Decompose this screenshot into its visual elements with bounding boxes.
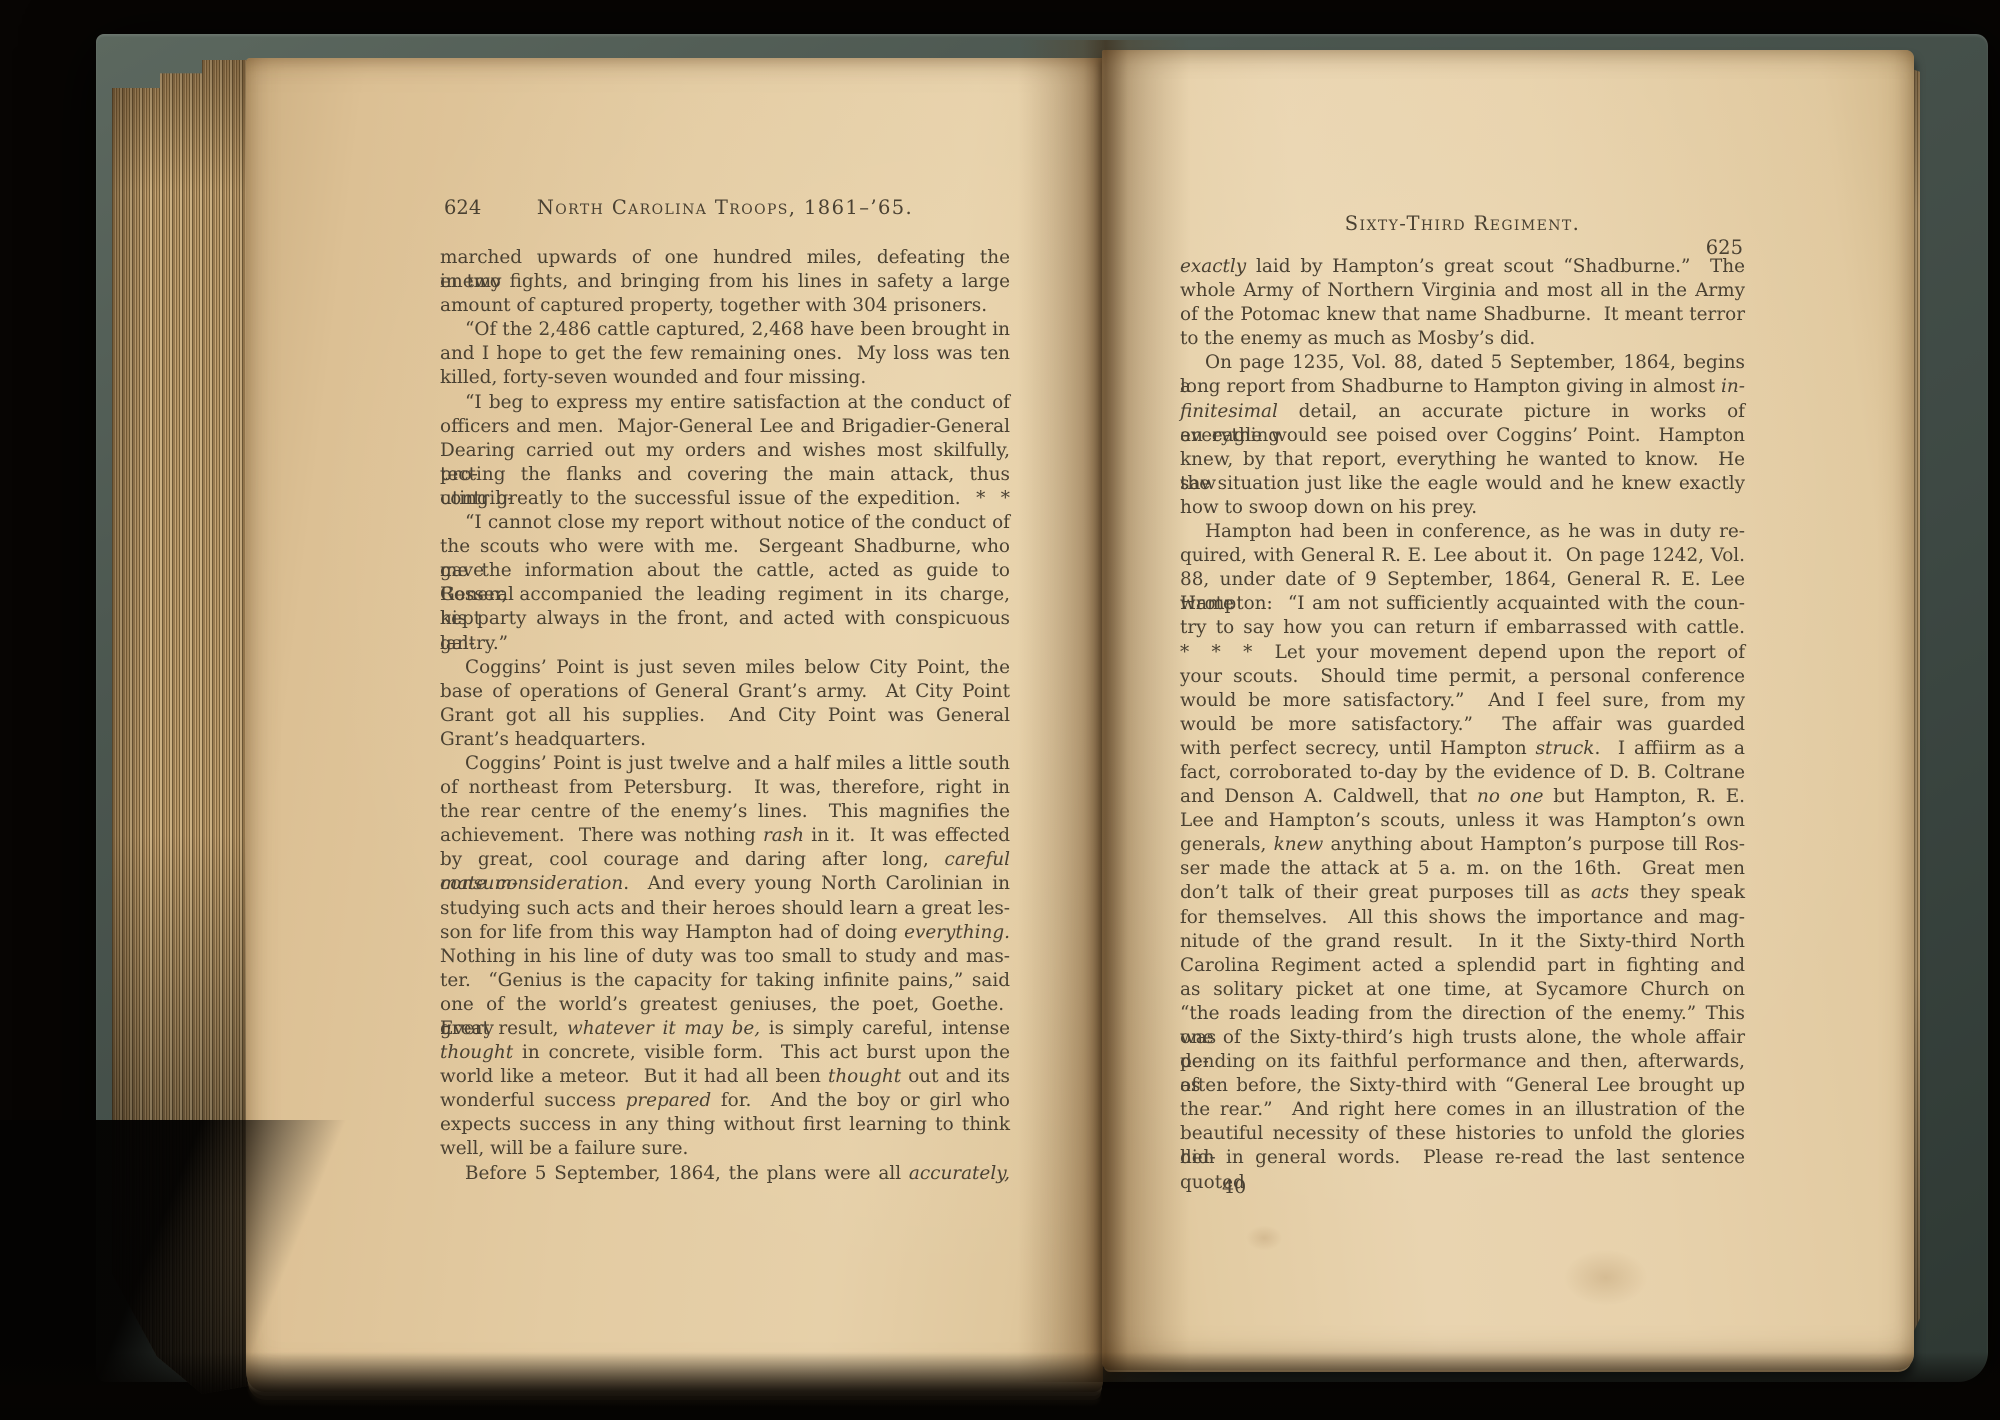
text-line: Hampton had been in conference, as he wa…	[1180, 520, 1745, 544]
text-line: of northeast from Petersburg. It was, th…	[440, 776, 1010, 800]
text-line: and Denson A. Caldwell, that no one but …	[1180, 785, 1745, 809]
text-line: one of the Sixty-third’s high trusts alo…	[1180, 1026, 1745, 1050]
text-line: Carolina Regiment acted a splendid part …	[1180, 954, 1745, 978]
text-line: “I beg to express my entire satisfaction…	[440, 391, 1010, 415]
text-line: beautiful necessity of these histories t…	[1180, 1122, 1745, 1146]
text-line: Dearing carried out my orders and wishes…	[440, 439, 1010, 463]
text-line: as solitary picket at one time, at Sycam…	[1180, 978, 1745, 1002]
text-line: amount of captured property, together wi…	[440, 294, 1010, 318]
text-line: den in general words. Please re-read the…	[1180, 1146, 1745, 1170]
text-line: pending on its faithful performance and …	[1180, 1050, 1745, 1074]
text-line: would be more satisfactory.” The affair …	[1180, 713, 1745, 737]
left-page-number: 624	[444, 196, 481, 220]
text-line: fact, corroborated to-day by the evidenc…	[1180, 761, 1745, 785]
text-line: Coggins’ Point is just seven miles below…	[440, 656, 1010, 680]
left-running-title: North Carolina Troops, 1861–’65.	[440, 196, 1010, 220]
text-line: exactly laid by Hampton’s great scout “S…	[1180, 255, 1745, 279]
text-line: his party always in the front, and acted…	[440, 607, 1010, 631]
left-running-header: 624 North Carolina Troops, 1861–’65.	[440, 196, 1010, 220]
text-line: the rear centre of the enemy’s lines. Th…	[440, 800, 1010, 824]
text-line: killed, forty-seven wounded and four mis…	[440, 366, 1010, 390]
text-line: often before, the Sixty-third with “Gene…	[1180, 1074, 1745, 1098]
text-line: whole Army of Northern Virginia and most…	[1180, 279, 1745, 303]
text-line: don’t talk of their great purposes till …	[1180, 881, 1745, 905]
right-running-header: Sixty-Third Regiment. 625	[1180, 212, 1745, 236]
right-running-title: Sixty-Third Regiment.	[1180, 212, 1745, 236]
text-line: Lee and Hampton’s scouts, unless it was …	[1180, 809, 1745, 833]
text-line: the scouts who were with me. Sergeant Sh…	[440, 535, 1010, 559]
text-line: an eagle would see poised over Coggins’ …	[1180, 424, 1745, 448]
text-line: finitesimal detail, an accurate picture …	[1180, 400, 1745, 424]
text-line: studying such acts and their heroes shou…	[440, 897, 1010, 921]
text-line: achievement. There was nothing rash in i…	[440, 824, 1010, 848]
text-line: nitude of the grand result. In it the Si…	[1180, 930, 1745, 954]
text-line: expects success in any thing without fir…	[440, 1113, 1010, 1137]
left-page-text: 624 North Carolina Troops, 1861–’65. mar…	[440, 196, 1010, 1186]
text-line: Rosser, accompanied the leading regiment…	[440, 583, 1010, 607]
text-line: your scouts. Should time permit, a perso…	[1180, 665, 1745, 689]
text-line: Grant’s headquarters.	[440, 728, 1010, 752]
text-line: base of operations of General Grant’s ar…	[440, 680, 1010, 704]
right-page-number: 625	[1706, 236, 1743, 260]
text-line: to the enemy as much as Mosby’s did.	[1180, 327, 1745, 351]
text-line: one of the world’s greatest geniuses, th…	[440, 993, 1010, 1017]
text-line: long report from Shadburne to Hampton gi…	[1180, 375, 1745, 399]
text-line: On page 1235, Vol. 88, dated 5 September…	[1180, 351, 1745, 375]
left-page-body: marched upwards of one hundred miles, de…	[440, 246, 1010, 1186]
text-line: mate consideration. And every young Nort…	[440, 872, 1010, 896]
book-photo: 624 North Carolina Troops, 1861–’65. mar…	[0, 0, 2000, 1420]
text-line: in two fights, and bringing from his lin…	[440, 270, 1010, 294]
text-line: * * * Let your movement depend upon the …	[1180, 641, 1745, 665]
text-line: how to swoop down on his prey.	[1180, 496, 1745, 520]
text-line: quired, with General R. E. Lee about it.…	[1180, 544, 1745, 568]
text-line: for themselves. All this shows the impor…	[1180, 906, 1745, 930]
text-line: and I hope to get the few remaining ones…	[440, 342, 1010, 366]
text-line: well, will be a failure sure.	[440, 1137, 1010, 1161]
text-line: great result, whatever it may be, is sim…	[440, 1017, 1010, 1041]
text-line: of the Potomac knew that name Shadburne.…	[1180, 303, 1745, 327]
text-line: uting greatly to the successful issue of…	[440, 487, 1010, 511]
text-line: wonderful success prepared for. And the …	[440, 1089, 1010, 1113]
text-line: son for life from this way Hampton had o…	[440, 921, 1010, 945]
text-line: world like a meteor. But it had all been…	[440, 1065, 1010, 1089]
text-line: marched upwards of one hundred miles, de…	[440, 246, 1010, 270]
text-line: thought in concrete, visible form. This …	[440, 1041, 1010, 1065]
text-line: ser made the attack at 5 a. m. on the 16…	[1180, 857, 1745, 881]
text-line: try to say how you can return if embarra…	[1180, 616, 1745, 640]
right-page-text: Sixty-Third Regiment. 625 exactly laid b…	[1180, 212, 1745, 1171]
text-line: ter. “Genius is the capacity for taking …	[440, 969, 1010, 993]
text-line: with perfect secrecy, until Hampton stru…	[1180, 737, 1745, 761]
text-line: officers and men. Major-General Lee and …	[440, 415, 1010, 439]
text-line: Coggins’ Point is just twelve and a half…	[440, 752, 1010, 776]
text-line: knew, by that report, everything he want…	[1180, 448, 1745, 472]
text-line: would be more satisfactory.” And I feel …	[1180, 689, 1745, 713]
text-line: Grant got all his supplies. And City Poi…	[440, 704, 1010, 728]
text-line: lantry.”	[440, 632, 1010, 656]
text-line: the situation just like the eagle would …	[1180, 472, 1745, 496]
right-page-body: exactly laid by Hampton’s great scout “S…	[1180, 255, 1745, 1171]
text-line: generals, knew anything about Hampton’s …	[1180, 833, 1745, 857]
text-line: “Of the 2,486 cattle captured, 2,468 hav…	[440, 318, 1010, 342]
text-line: the rear.” And right here comes in an il…	[1180, 1098, 1745, 1122]
text-line: Before 5 September, 1864, the plans were…	[440, 1162, 1010, 1186]
text-line: “the roads leading from the direction of…	[1180, 1002, 1745, 1026]
signature-mark: 40	[1222, 1176, 1246, 1198]
text-line: me the information about the cattle, act…	[440, 559, 1010, 583]
left-page-edge-stack	[112, 60, 262, 1394]
text-line: Hampton: “I am not sufficiently acquaint…	[1180, 592, 1745, 616]
text-line: “I cannot close my report without notice…	[440, 511, 1010, 535]
text-line: by great, cool courage and daring after …	[440, 848, 1010, 872]
text-line: tecting the flanks and covering the main…	[440, 463, 1010, 487]
text-line: 88, under date of 9 September, 1864, Gen…	[1180, 568, 1745, 592]
text-line: Nothing in his line of duty was too smal…	[440, 945, 1010, 969]
